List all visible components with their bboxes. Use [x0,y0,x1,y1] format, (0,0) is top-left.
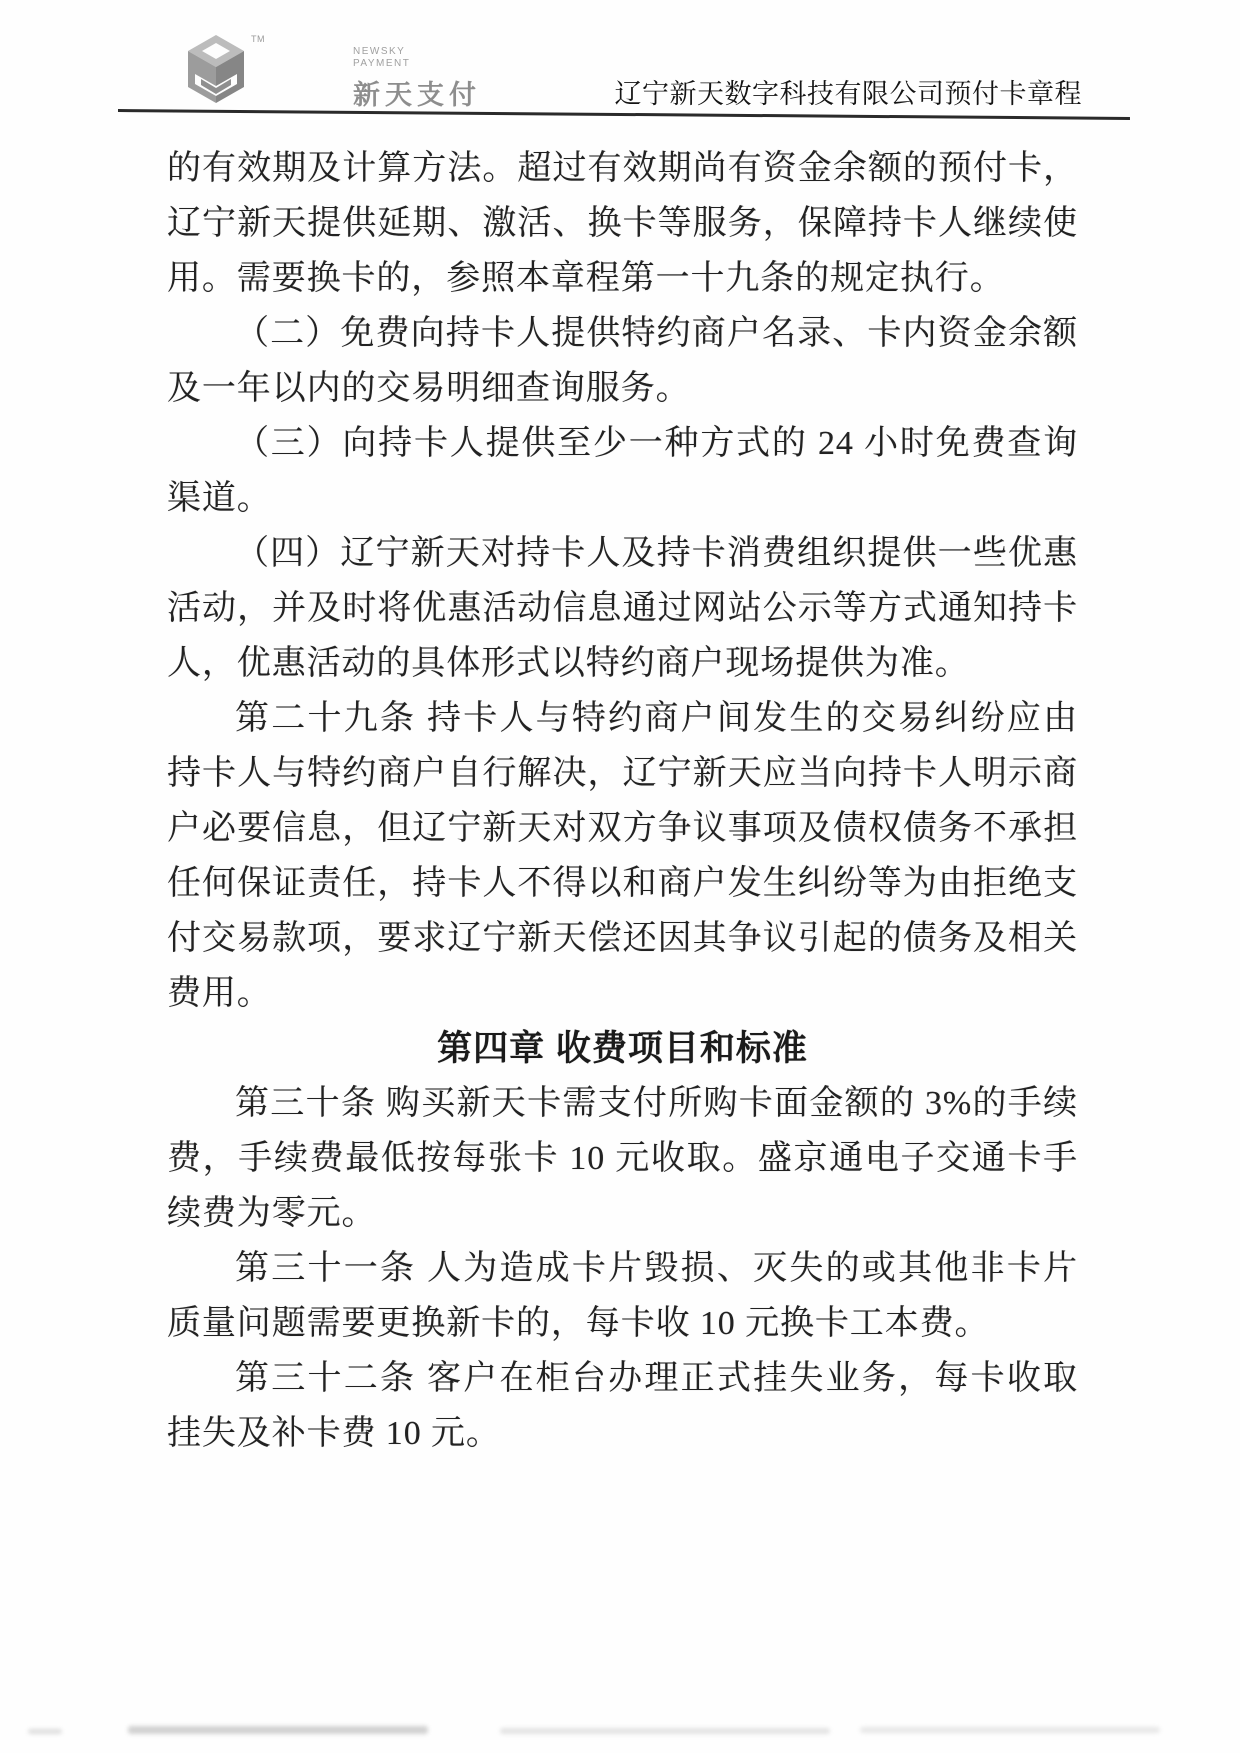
paragraph-item-3: （三）向持卡人提供至少一种方式的 24 小时免费查询渠道。 [167,416,1078,526]
scan-artifact [28,1729,62,1734]
brand-name-en-line2: PAYMENT [353,58,481,70]
trademark-symbol: TM [251,34,265,44]
brand-name-cn: 新天支付 [353,73,481,112]
paragraph-continuation: 的有效期及计算方法。超过有效期尚有资金余额的预付卡，辽宁新天提供延期、激活、换卡… [167,141,1078,306]
brand-name-en-line1: NEWSKY [353,46,481,58]
paragraph-article-31: 第三十一条 人为造成卡片毁损、灭失的或其他非卡片质量问题需要更换新卡的，每卡收 … [167,1241,1078,1351]
paragraph-article-30: 第三十条 购买新天卡需支付所购卡面金额的 3%的手续费，手续费最低按每张卡 10… [167,1076,1078,1241]
company-logo: TM NEWSKY PAYMENT 新天支付 [185,34,525,106]
paragraph-article-29: 第二十九条 持卡人与特约商户间发生的交易纠纷应由持卡人与特约商户自行解决，辽宁新… [167,691,1078,1021]
newsky-cube-icon [185,34,247,109]
scanned-document-page: TM NEWSKY PAYMENT 新天支付 辽宁新天数字科技有限公司预付卡章程… [0,0,1240,1753]
paragraph-article-32: 第三十二条 客户在柜台办理正式挂失业务，每卡收取挂失及补卡费 10 元。 [167,1351,1078,1461]
scan-artifact [500,1728,830,1734]
paragraph-item-4: （四）辽宁新天对持卡人及持卡消费组织提供一些优惠活动，并及时将优惠活动信息通过网… [167,526,1078,691]
scan-artifact [860,1727,1160,1733]
document-header-title: 辽宁新天数字科技有限公司预付卡章程 [615,72,1083,111]
document-body: 的有效期及计算方法。超过有效期尚有资金余额的预付卡，辽宁新天提供延期、激活、换卡… [167,141,1078,1461]
scan-artifact [128,1726,428,1734]
chapter-heading: 第四章 收费项目和标准 [167,1021,1078,1076]
paragraph-item-2: （二）免费向持卡人提供特约商户名录、卡内资金余额及一年以内的交易明细查询服务。 [167,306,1078,416]
